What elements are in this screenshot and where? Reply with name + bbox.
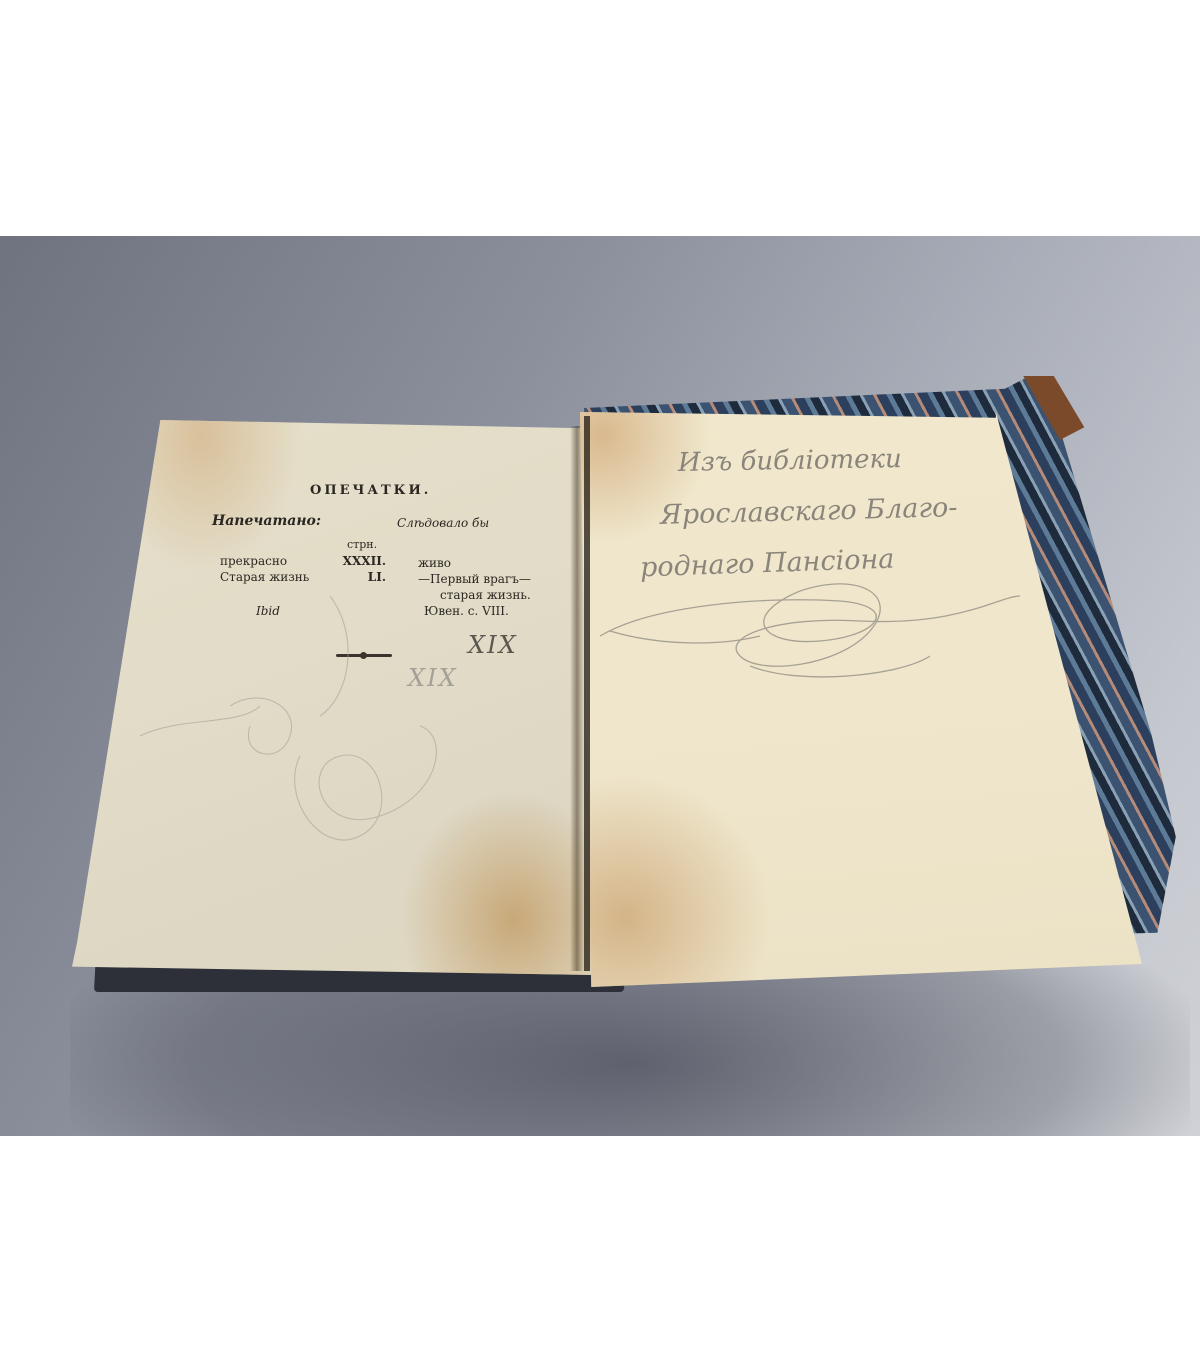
pencil-flourishes [0,236,1200,1136]
photo: ОПЕЧАТКИ. Напечатано: Слѣдовало бы стрн.… [0,236,1200,1136]
